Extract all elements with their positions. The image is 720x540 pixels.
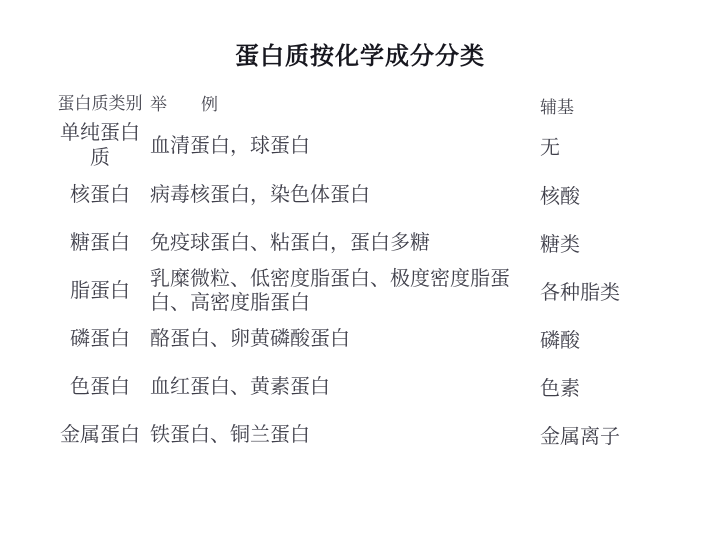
slide-title: 蛋白质按化学成分分类 <box>0 36 720 71</box>
cell-category: 磷蛋白 <box>50 326 150 351</box>
cell-examples: 病毒核蛋白，染色体蛋白 <box>150 182 540 206</box>
cell-cofactor: 色素 <box>540 372 680 401</box>
table-row: 色蛋白 血红蛋白、黄素蛋白 色素 <box>50 362 680 410</box>
cell-cofactor: 糖类 <box>540 228 680 257</box>
cell-cofactor: 核酸 <box>540 180 680 209</box>
slide: 蛋白质按化学成分分类 蛋白质类别 举 例 辅基 单纯蛋白 质 血清蛋白，球蛋白 … <box>0 0 720 540</box>
table-row: 磷蛋白 酪蛋白、卵黄磷酸蛋白 磷酸 <box>50 314 680 362</box>
cell-examples: 酪蛋白、卵黄磷酸蛋白 <box>150 326 540 350</box>
cell-examples: 免疫球蛋白、粘蛋白，蛋白多糖 <box>150 230 540 254</box>
cell-examples: 血红蛋白、黄素蛋白 <box>150 374 540 398</box>
cell-cofactor: 金属离子 <box>540 420 680 449</box>
cell-cofactor: 无 <box>540 131 680 160</box>
table-row: 糖蛋白 免疫球蛋白、粘蛋白，蛋白多糖 糖类 <box>50 218 680 266</box>
cell-examples: 乳糜微粒、低密度脂蛋白、极度密度脂蛋白、高密度脂蛋白 <box>150 266 540 314</box>
header-examples: 举 例 <box>150 95 540 115</box>
header-category: 蛋白质类别 <box>50 94 150 115</box>
cell-category: 金属蛋白 <box>50 422 150 447</box>
cell-category: 单纯蛋白 质 <box>50 120 150 170</box>
protein-classification-table: 蛋白质类别 举 例 辅基 单纯蛋白 质 血清蛋白，球蛋白 无 核蛋白 病毒核蛋白… <box>50 90 680 458</box>
cell-category: 色蛋白 <box>50 374 150 399</box>
cell-examples: 血清蛋白，球蛋白 <box>150 133 540 157</box>
cell-cofactor: 各种脂类 <box>540 276 680 305</box>
cell-category: 脂蛋白 <box>50 278 150 303</box>
cell-examples: 铁蛋白、铜兰蛋白 <box>150 422 540 446</box>
table-row: 脂蛋白 乳糜微粒、低密度脂蛋白、极度密度脂蛋白、高密度脂蛋白 各种脂类 <box>50 266 680 314</box>
cell-category: 核蛋白 <box>50 182 150 207</box>
cell-cofactor: 磷酸 <box>540 324 680 353</box>
table-row: 核蛋白 病毒核蛋白，染色体蛋白 核酸 <box>50 170 680 218</box>
header-cofactor: 辅基 <box>540 93 680 118</box>
table-header-row: 蛋白质类别 举 例 辅基 <box>50 90 680 120</box>
cell-category: 糖蛋白 <box>50 230 150 255</box>
table-row: 单纯蛋白 质 血清蛋白，球蛋白 无 <box>50 120 680 170</box>
table-row: 金属蛋白 铁蛋白、铜兰蛋白 金属离子 <box>50 410 680 458</box>
